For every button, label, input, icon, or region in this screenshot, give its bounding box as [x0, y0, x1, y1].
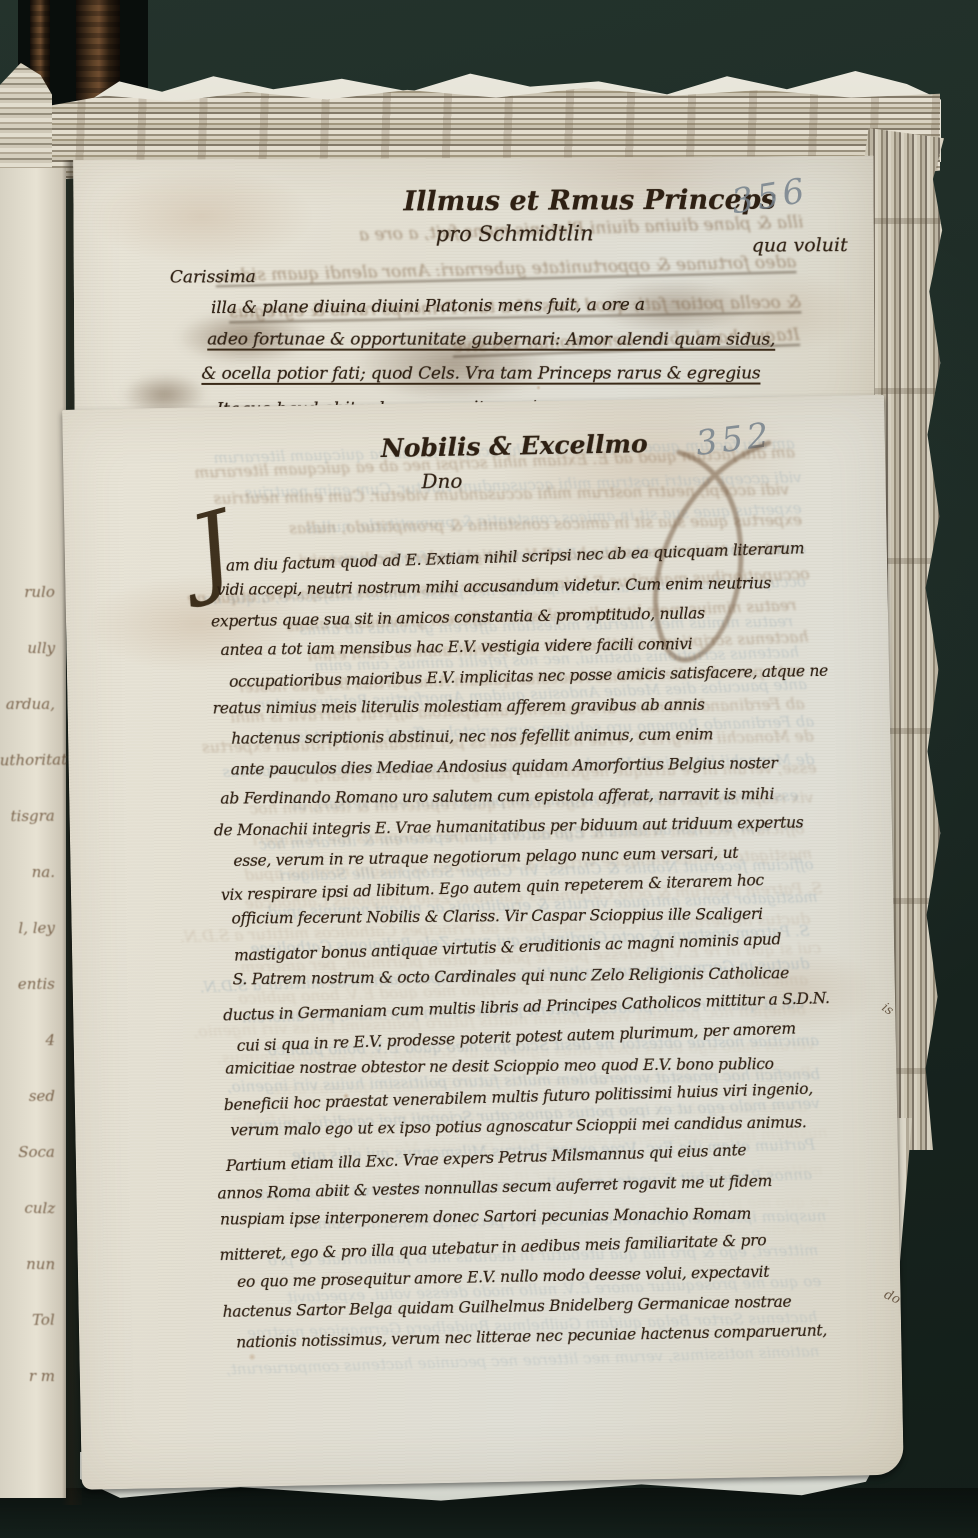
handwriting-fragment: ully — [0, 639, 60, 695]
page-356-subheading: pro Schmidtlin — [436, 221, 594, 246]
handwriting-fragment: entis — [0, 975, 60, 1031]
page-352-heading: Nobilis & Excellmo — [381, 429, 648, 463]
handwriting-fragment: culz — [0, 1199, 60, 1256]
manuscript-page-352: am diu factum quod ad E. Extiam nihil sc… — [62, 395, 904, 1490]
handwriting-fragment: rulo — [0, 583, 60, 639]
handwriting-fragment: Tol — [0, 1311, 60, 1368]
handwriting-fragment: nun — [0, 1255, 60, 1311]
handwriting-fragment: ardua, — [0, 695, 60, 751]
handwriting-fragment: uthoritat — [0, 751, 60, 808]
manuscript-photo: ruloullyardua,uthoritattisgrana.l, leyen… — [0, 0, 978, 1538]
handwriting-fragment: tisgra — [0, 807, 60, 864]
manuscript-line: illa & plane diuina diuini Platonis mens… — [211, 293, 862, 332]
manuscript-line: adeo fortunae & opportunitate gubernari:… — [207, 330, 862, 364]
handwriting-fragment: na. — [0, 863, 60, 919]
manuscript-text-block: am diu factum quod ad E. Extiam nihil sc… — [205, 541, 904, 1363]
manuscript-line: & ocella potior fati; quod Cels. Vra tam… — [201, 363, 862, 397]
handwriting-fragments: ruloullyardua,uthoritattisgrana.l, leyen… — [0, 583, 60, 1423]
page-352-subheading: Dno — [421, 469, 462, 494]
facing-page-fragment: ruloullyardua,uthoritattisgrana.l, leyen… — [0, 168, 66, 1498]
handwriting-fragment: Soca — [0, 1143, 60, 1199]
handwriting-fragment: l, ley — [0, 919, 60, 975]
page-356-heading: Illmus et Rmus Princeps — [403, 184, 776, 217]
handwriting-fragment: r m — [0, 1367, 60, 1423]
margin-word: Carissima — [170, 267, 256, 287]
margin-note: qua voluit — [752, 234, 848, 257]
handwriting-fragment: 4 — [0, 1031, 60, 1087]
handwriting-fragment: sed — [0, 1087, 60, 1143]
